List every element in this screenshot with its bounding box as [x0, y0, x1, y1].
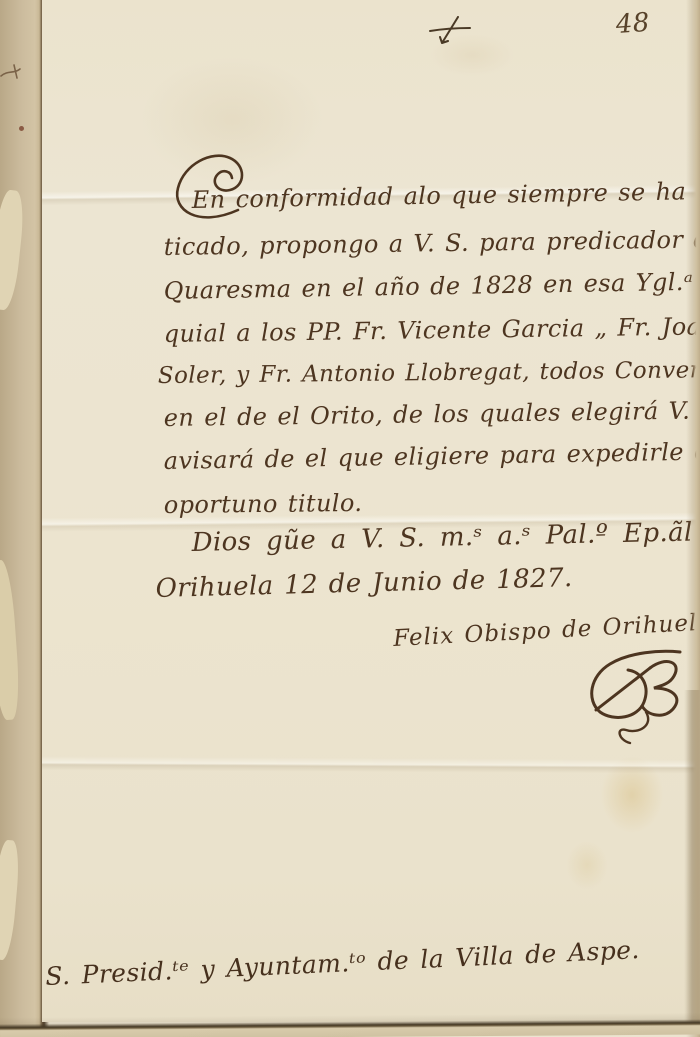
text-line: en el de el Orito, de los quales elegirá… [164, 396, 700, 432]
text-line: oportuno titulo. [164, 489, 363, 519]
cross-mark [428, 16, 472, 48]
manuscript-scan: 48 En conformidad alo que siempre se ha … [0, 0, 700, 1037]
page-number: 48 [615, 8, 651, 40]
text-line: Quaresma en el año de 1828 en esa Ygl.ᵃ … [164, 266, 700, 305]
closing-line: Orihuela 12 de Junio de 1827. [155, 563, 573, 604]
ink-speck [19, 126, 24, 131]
manuscript-page: 48 En conformidad alo que siempre se ha … [42, 0, 700, 1022]
fold-crease [42, 756, 700, 773]
signature: Felix Obispo de Orihuela [393, 609, 700, 652]
addressee-line: S. Presid.ᵗᵉ y Ayuntam.ᵗᵒ de la Villa de… [45, 935, 641, 991]
torn-page-edge [0, 189, 26, 311]
page-right-edge-shadow [684, 690, 700, 1022]
text-line: avisará de el que eligiere para expedirl… [164, 437, 700, 475]
text-line: quial a los PP. Fr. Vicente Garcia „ Fr.… [164, 312, 700, 348]
text-line: En conformidad alo que siempre se ha pra… [192, 176, 700, 214]
text-line: Soler, y Fr. Antonio Llobregat, todos Co… [158, 357, 700, 389]
text-line: ticado, propongo a V. S. para predicador… [164, 225, 700, 261]
page-bottom-edge [0, 1013, 700, 1037]
torn-page-edge [0, 559, 22, 720]
torn-page-edge [0, 839, 21, 960]
gutter-pen-mark [0, 62, 30, 84]
signature-rubric-flourish [580, 648, 695, 748]
